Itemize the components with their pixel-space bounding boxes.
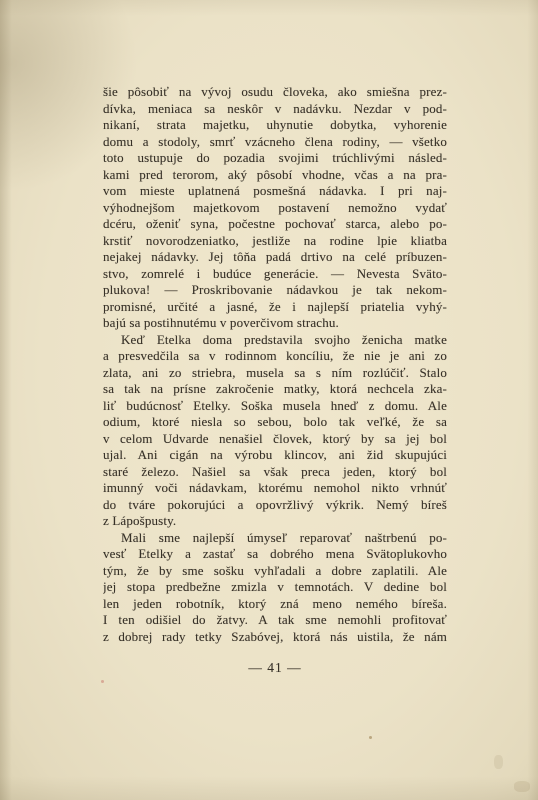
- text-line: v celom Udvarde nenašiel človek, ktorý b…: [103, 431, 447, 448]
- text-line: z dobrej rady tetky Szabóvej, ktorá nás …: [103, 629, 447, 646]
- text-line: do tváre pokorujúci a opovržlivý výkrik.…: [103, 497, 447, 514]
- text-line: promisné, určité a jasné, že i najlepší …: [103, 299, 447, 316]
- text-line: vesť Etelky a zastať sa dobrého mena Svä…: [103, 546, 447, 563]
- text-line: imunný voči nádavkam, ktorému nemohol ni…: [103, 480, 447, 497]
- page-text-block: šie pôsobiť na vývoj osudu človeka, ako …: [103, 84, 447, 645]
- text-line: I ten odišiel do žatvy. A tak sme nemohl…: [103, 612, 447, 629]
- text-line: krstiť novorodzeniatko, jestliže na rodi…: [103, 233, 447, 250]
- text-line: domu a stodoly, smrť vzácneho člena rodi…: [103, 134, 447, 151]
- text-line: tým, že by sme sošku vyhľadali a dobre z…: [103, 563, 447, 580]
- text-line: nejakej nádavky. Jej tôňa padá drtivo na…: [103, 249, 447, 266]
- text-line: zlata, ani zo striebra, musela sa s ním …: [103, 365, 447, 382]
- text-line: nikaní, strata majetku, uhynutie dobytka…: [103, 117, 447, 134]
- text-line: toto ustupuje do pozadia svojimi trúchli…: [103, 150, 447, 167]
- text-line: stvo, zomrelé i budúce generácie. — Neve…: [103, 266, 447, 283]
- text-line: dívka, meniaca sa neskôr v nadávku. Nezd…: [103, 101, 447, 118]
- text-line: staré železo. Našiel sa však preca jeden…: [103, 464, 447, 481]
- text-line: bajú sa postihnutému v poverčivom strach…: [103, 315, 447, 332]
- text-line: odium, ktoré niesla so sebou, bolo tak v…: [103, 414, 447, 431]
- text-line: kami pred terorom, aký pôsobí vhodne, vč…: [103, 167, 447, 184]
- text-line: Mali sme najlepší úmyseľ reparovať naštr…: [103, 530, 447, 547]
- book-page: šie pôsobiť na vývoj osudu človeka, ako …: [0, 0, 538, 800]
- text-line: výhodnejšom majetkovom postavení nemožno…: [103, 200, 447, 217]
- text-line: šie pôsobiť na vývoj osudu človeka, ako …: [103, 84, 447, 101]
- text-line: len jeden robotník, ktorý zná meno neméh…: [103, 596, 447, 613]
- text-line: liť budúcnosť Etelky. Soška musela hneď …: [103, 398, 447, 415]
- text-line: a presvedčila sa v rodinnom koncíliu, že…: [103, 348, 447, 365]
- page-footer: — 41 —: [103, 660, 447, 676]
- page-number: — 41 —: [248, 660, 301, 675]
- text-line: Keď Etelka doma predstavila svojho ženic…: [103, 332, 447, 349]
- text-line: vom mieste uplatnená posmešná nádavka. I…: [103, 183, 447, 200]
- text-line: dcéru, oženiť syna, počestne pochovať st…: [103, 216, 447, 233]
- paper-smudge: [514, 781, 530, 792]
- paper-smudge: [494, 755, 503, 769]
- text-line: sa tak na prísne zakročenie matky, ktorá…: [103, 381, 447, 398]
- paper-speck: [369, 736, 372, 739]
- text-line: z Lápošpusty.: [103, 513, 447, 530]
- text-line: ujal. Ani cigán na výrobu klincov, ani ž…: [103, 447, 447, 464]
- paper-speck: [101, 680, 104, 683]
- text-line: plukova! — Proskribovanie nádavkou je ta…: [103, 282, 447, 299]
- text-line: jej stopa predbežne zmizla v temnotách. …: [103, 579, 447, 596]
